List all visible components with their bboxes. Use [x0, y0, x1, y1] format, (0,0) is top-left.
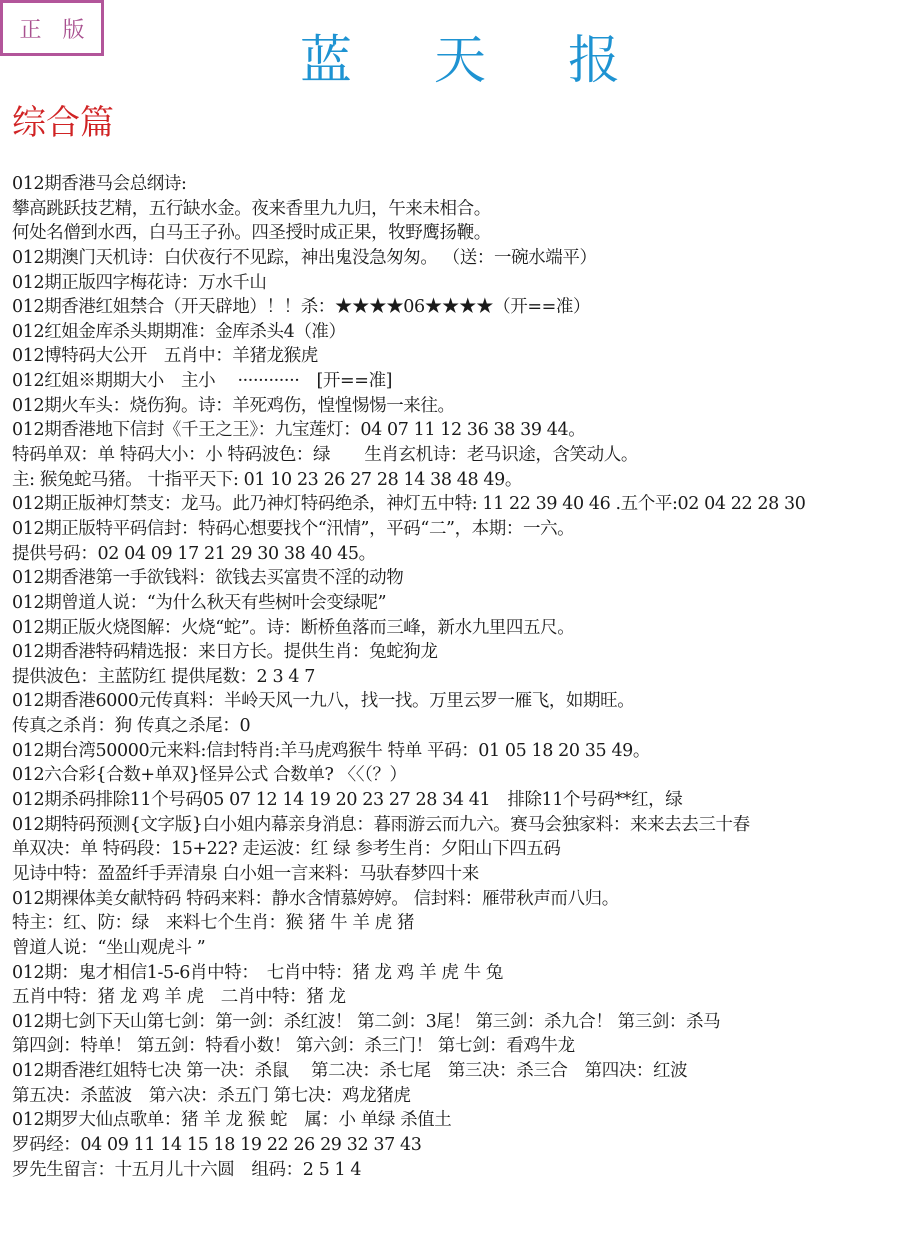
text-line: 单双决：单 特码段：15+22? 走运波：红 绿 参考生肖：夕阳山下四五码	[12, 837, 900, 862]
text-line: 012期正版火烧图解：火烧“蛇”。诗：断桥鱼落而三峰，新水九里四五尺。	[12, 616, 900, 641]
text-line: 012期正版神灯禁支：龙马。此乃神灯特码绝杀，神灯五中特: 11 22 39 4…	[12, 492, 900, 517]
text-line: 012期香港红姐禁合（开天辟地）！！杀：★★★★06★★★★（开==准）	[12, 295, 900, 320]
text-line: 传真之杀肖：狗 传真之杀尾：0	[12, 714, 900, 739]
text-line: 012期香港马会总纲诗:	[12, 172, 900, 197]
text-line: 012期香港特码精选报：来日方长。提供生肖：兔蛇狗龙	[12, 640, 900, 665]
title-char: 天	[434, 18, 486, 93]
text-line: 012期台湾50000元来料:信封特肖:羊马虎鸡猴牛 特单 平码：01 05 1…	[12, 739, 900, 764]
text-line: 012期裸体美女献特码 特码来料：静水含情慕婷婷。 信封料：雁带秋声而八归。	[12, 887, 900, 912]
text-line: 012期香港6000元传真料：半岭天风一九八，找一找。万里云罗一雁飞，如期旺。	[12, 689, 900, 714]
text-line: 012期正版特平码信封：特码心想要找个“汛情”，平码“二”，本期：一六。	[12, 517, 900, 542]
text-line: 攀高跳跃技艺精，五行缺水金。夜来香里九九归，午来未相合。	[12, 197, 900, 222]
text-line: 012期香港红姐特七决 第一决：杀鼠 第二决：杀七尾 第三决：杀三合 第四决：红…	[12, 1059, 900, 1084]
text-line: 提供号码：02 04 09 17 21 29 30 38 40 45。	[12, 542, 900, 567]
text-line: 012期火车头：烧伤狗。诗：羊死鸡伤，惶惶惕惕一来往。	[12, 394, 900, 419]
text-line: 主: 猴兔蛇马猪。 十指平天下: 01 10 23 26 27 28 14 38…	[12, 468, 900, 493]
authentic-edition-badge: 正 版	[0, 0, 104, 56]
text-line: 特主：红、防：绿 来料七个生肖：猴 猪 牛 羊 虎 猪	[12, 911, 900, 936]
text-line: 第五决：杀蓝波 第六决：杀五门 第七决：鸡龙猪虎	[12, 1084, 900, 1109]
text-line: 012期香港第一手欲钱料：欲钱去买富贵不淫的动物	[12, 566, 900, 591]
text-line: 012期七剑下天山第七剑：第一剑：杀红波！ 第二剑：3尾！ 第三剑：杀九合！ 第…	[12, 1010, 900, 1035]
text-line: 何处名僧到水西，白马王子孙。四圣授时成正果，牧野鹰扬鞭。	[12, 221, 900, 246]
title-char: 报	[568, 18, 620, 93]
section-heading: 综合篇	[12, 95, 114, 144]
text-line: 012博特码大公开 五肖中：羊猪龙猴虎	[12, 344, 900, 369]
text-line: 012期杀码排除11个号码05 07 12 14 19 20 23 27 28 …	[12, 788, 900, 813]
text-line: 012期特码预测{文字版}白小姐内幕亲身消息：暮雨游云而九六。赛马会独家料：来来…	[12, 813, 900, 838]
text-line: 见诗中特：盈盈纤手弄清泉 白小姐一言来料：马驮春梦四十来	[12, 862, 900, 887]
content-lines: 012期香港马会总纲诗:攀高跳跃技艺精，五行缺水金。夜来香里九九归，午来未相合。…	[12, 172, 900, 1182]
text-line: 012红姐金库杀头期期准：金库杀头4（准）	[12, 320, 900, 345]
text-line: 012六合彩{合数+单双}怪异公式 合数单? 〈〈（？）	[12, 763, 900, 788]
text-line: 第四剑：特单！ 第五剑：特看小数！ 第六剑：杀三门！ 第七剑：看鸡牛龙	[12, 1034, 900, 1059]
text-line: 罗先生留言：十五月儿十六圆 组码：2 5 1 4	[12, 1158, 900, 1183]
page-title: 蓝 天 报	[300, 18, 620, 93]
text-line: 012期曾道人说：“为什么秋天有些树叶会变绿呢”	[12, 591, 900, 616]
text-line: 罗码经：04 09 11 14 15 18 19 22 26 29 32 37 …	[12, 1133, 900, 1158]
text-line: 012期正版四字梅花诗：万水千山	[12, 271, 900, 296]
text-line: 012期澳门天机诗：白伏夜行不见踪，神出鬼没急匆匆。 （送：一碗水端平）	[12, 246, 900, 271]
badge-char: 版	[62, 13, 84, 44]
text-line: 012期香港地下信封《千王之王》：九宝莲灯：04 07 11 12 36 38 …	[12, 418, 900, 443]
text-line: 五肖中特：猪 龙 鸡 羊 虎 二肖中特：猪 龙	[12, 985, 900, 1010]
title-char: 蓝	[300, 18, 352, 93]
text-line: 曾道人说：“坐山观虎斗 ”	[12, 936, 900, 961]
badge-char: 正	[19, 13, 41, 44]
text-line: 012红姐※期期大小 主小 ············ [开==准]	[12, 369, 900, 394]
text-line: 012期罗大仙点歌单：猪 羊 龙 猴 蛇 属：小 单绿 杀值土	[12, 1108, 900, 1133]
text-line: 012期：鬼才相信1-5-6肖中特： 七肖中特：猪 龙 鸡 羊 虎 牛 兔	[12, 961, 900, 986]
text-line: 特码单双：单 特码大小：小 特码波色：绿 生肖玄机诗：老马识途，含笑动人。	[12, 443, 900, 468]
text-line: 提供波色：主蓝防红 提供尾数：2 3 4 7	[12, 665, 900, 690]
